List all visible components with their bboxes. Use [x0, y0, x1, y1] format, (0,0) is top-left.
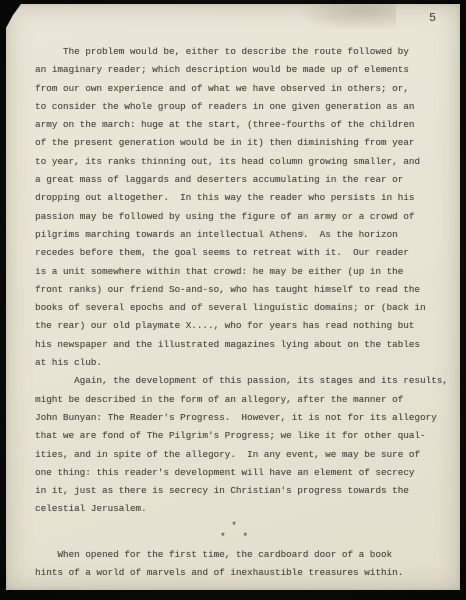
body-paragraph-3: When opened for the first time, the card…	[35, 546, 455, 583]
paper-stain	[301, 0, 396, 30]
body-paragraphs-1-2: The problem would be, either to describe…	[35, 43, 455, 519]
manuscript-page: 5 The problem would be, either to descri…	[6, 4, 460, 590]
asterisk-separator: * * *	[35, 520, 433, 542]
page-number: 5	[429, 12, 436, 26]
scan-background: 5 The problem would be, either to descri…	[0, 0, 466, 600]
typewritten-text: The problem would be, either to describe…	[35, 43, 455, 582]
